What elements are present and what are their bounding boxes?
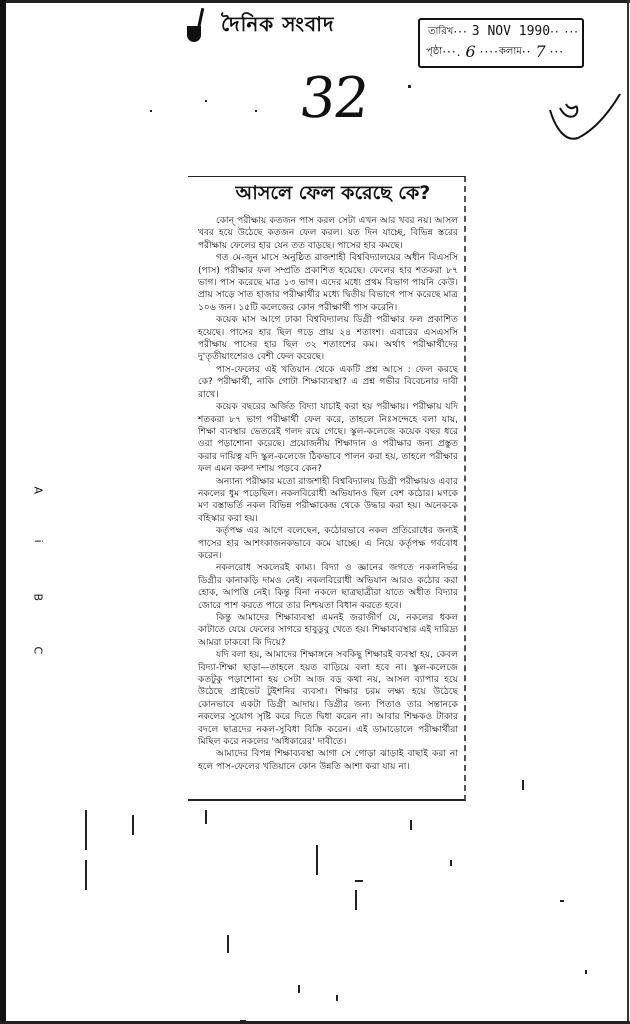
stamp-date-value: 3 NOV 1990	[472, 22, 550, 42]
margin-mark: Ꭵ	[31, 540, 45, 560]
stamp-page-label: পৃষ্ঠা	[426, 42, 442, 62]
stamp-page-row: পৃষ্ঠা ···. 6 ···· কলাম ·· 7 ···	[426, 42, 576, 62]
scan-border-right	[627, 0, 629, 1024]
newspaper-name: দৈনিক সংবাদ	[221, 10, 334, 43]
article-clipping: আসলে ফেল করেছে কে? কোন্ পরীক্ষায় কতজন প…	[188, 176, 466, 801]
article-body: কোন্ পরীক্ষায় কতজন পাস করল সেটা এখন আর …	[188, 215, 464, 773]
article-paragraph: অন্যান্য পরীক্ষার মতো রাজশাহী বিশ্ববিদ্য…	[198, 476, 458, 526]
article-headline: আসলে ফেল করেছে কে?	[202, 179, 464, 211]
article-paragraph: পাস-ফেলের এই খতিয়ান থেকে একটি প্রশ্ন আস…	[198, 364, 458, 401]
stamp-column-label: কলাম	[499, 42, 522, 62]
article-paragraph: আমাদের বিপন্ন শিক্ষাব্যবস্থা আগা সে গোড়…	[198, 748, 458, 773]
article-paragraph: কয়েক মাস আগে ঢাকা বিশ্ববিদ্যালয় ডিগ্রী…	[198, 314, 458, 364]
article-paragraph: কর্তৃপক্ষ এর আগে বলেছেন, কঠোরভাবে নকল প্…	[198, 525, 458, 562]
article-paragraph: নকলরোধ সকলেরই কাম্য। বিদ্যা ও জ্ঞানের জগ…	[198, 562, 458, 612]
archive-stamp: তারিখ ··· 3 NOV 1990 ·· ··· পৃষ্ঠা ···. …	[418, 18, 584, 68]
stamp-page-value: 6	[465, 42, 475, 62]
margin-mark: B	[32, 594, 45, 614]
margin-marks: A Ꭵ B C	[28, 490, 48, 703]
scan-border-left	[0, 0, 6, 1024]
margin-mark: A	[32, 487, 45, 507]
article-paragraph: কোন্ পরীক্ষায় কতজন পাস করল সেটা এখন আর …	[198, 215, 458, 252]
article-paragraph: গত মে-জুন মাসে অনুষ্ঠিত রাজশাহী বিশ্ববিদ…	[198, 252, 458, 314]
article-paragraph: কিন্তু আমাদের শিক্ষাব্যবস্থা এমনই জরাজীর…	[198, 612, 458, 649]
scan-border-top	[0, 0, 630, 3]
handwritten-page-number: 32	[297, 66, 371, 131]
newspaper-logo-icon	[185, 6, 207, 46]
newspaper-masthead: দৈনিক সংবাদ	[185, 6, 334, 46]
stamp-date-row: তারিখ ··· 3 NOV 1990 ·· ···	[426, 22, 576, 42]
article-paragraph: যদি বলা হয়, আমাদের শিক্ষাঙ্গনে সবকিছু শ…	[198, 649, 458, 748]
margin-mark: C	[32, 647, 45, 667]
article-paragraph: কয়েক বছরের অর্জিত বিদ্যা যাচাই করা হয় …	[198, 401, 458, 475]
check-mark-icon	[544, 90, 624, 150]
stamp-column-value: 7	[535, 42, 545, 62]
stamp-date-label: তারিখ	[428, 22, 453, 42]
